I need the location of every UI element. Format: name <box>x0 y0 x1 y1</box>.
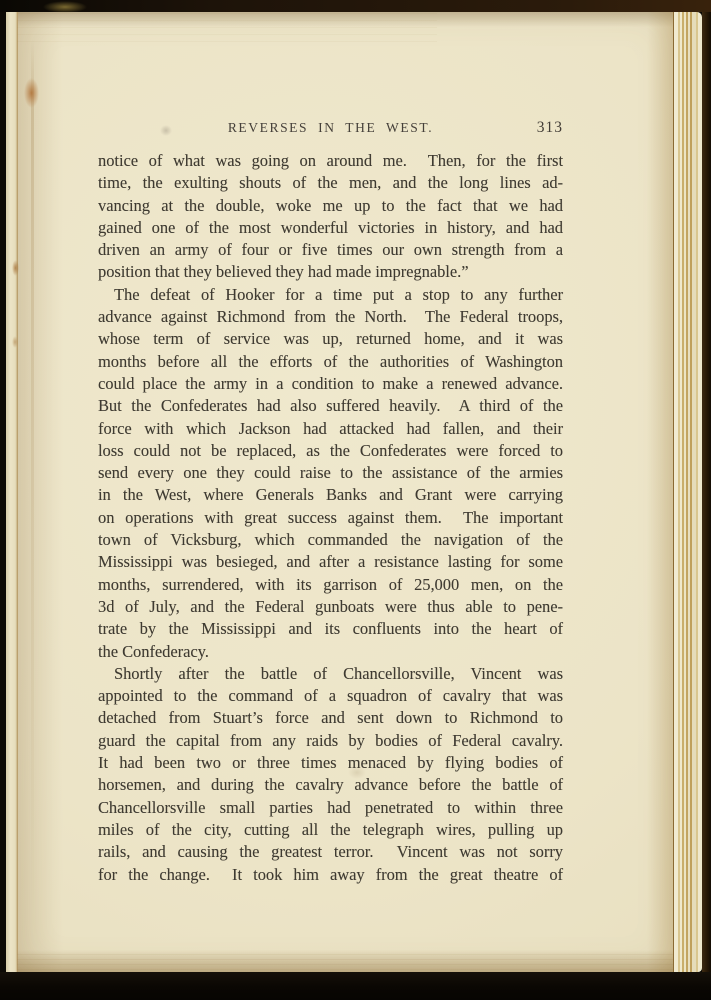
paragraph: notice of what was going on around me. T… <box>98 150 563 284</box>
text-line: horsemen, and during the cavalry advance… <box>98 774 563 796</box>
text-line: advance against Richmond from the North.… <box>98 306 563 328</box>
text-block: REVERSES IN THE WEST. 313 notice of what… <box>98 11 563 972</box>
book-cover-top-edge <box>0 0 711 12</box>
text-line: town of Vicksburg, which commanded the n… <box>98 529 563 551</box>
text-line: The defeat of Hooker for a time put a st… <box>98 284 563 306</box>
text-line: in the West, where Generals Banks and Gr… <box>98 484 563 506</box>
gutter-crease <box>31 40 34 920</box>
text-line: for the change. It took him away from th… <box>98 864 563 886</box>
text-line: the Confederacy. <box>98 641 563 663</box>
book-scan: REVERSES IN THE WEST. 313 notice of what… <box>0 0 711 1000</box>
text-line: It had been two or three times menaced b… <box>98 752 563 774</box>
text-line: Mississippi was besieged, and after a re… <box>98 551 563 573</box>
paragraph: Shortly after the battle of Chancellorsv… <box>98 663 563 886</box>
smudge-mid-page <box>348 766 366 779</box>
text-line: months, surrendered, with its garrison o… <box>98 574 563 596</box>
text-line: on operations with great success against… <box>98 507 563 529</box>
stain-gutter-dot-faint <box>12 336 18 348</box>
text-line: force with which Jackson had attacked ha… <box>98 418 563 440</box>
text-line: But the Confederates had also suffered h… <box>98 395 563 417</box>
text-line: rails, and causing the greatest terror. … <box>98 841 563 863</box>
text-line: position that they believed they had mad… <box>98 261 563 283</box>
gutter-page-edge <box>6 11 18 973</box>
book-page: REVERSES IN THE WEST. 313 notice of what… <box>17 11 673 972</box>
text-line: detached from Stuart’s force and sent do… <box>98 707 563 729</box>
text-line: time, the exulting shouts of the men, an… <box>98 172 563 194</box>
smudge-near-header <box>160 125 172 136</box>
book-cover-right-edge <box>702 0 711 1000</box>
stain-gutter-dot <box>12 260 19 276</box>
text-line: could place the army in a condition to m… <box>98 373 563 395</box>
text-line: loss could not be replaced, as the Confe… <box>98 440 563 462</box>
text-line: trate by the Mississippi and its conflue… <box>98 618 563 640</box>
top-page-edge-lines <box>17 13 437 47</box>
text-line: driven an army of four or five times our… <box>98 239 563 261</box>
text-line: 3d of July, and the Federal gunboats wer… <box>98 596 563 618</box>
text-line: vancing at the double, woke me up to the… <box>98 195 563 217</box>
paragraph: The defeat of Hooker for a time put a st… <box>98 284 563 663</box>
text-line: Shortly after the battle of Chancellorsv… <box>98 663 563 685</box>
text-line: notice of what was going on around me. T… <box>98 150 563 172</box>
book-cover-bottom-edge <box>0 972 711 1000</box>
page-number: 313 <box>537 119 563 137</box>
stain-top-edge <box>43 1 87 13</box>
text-line: send every one they could raise to the a… <box>98 462 563 484</box>
text-line: gained one of the most wonderful victori… <box>98 217 563 239</box>
stain-gutter-large <box>24 78 39 108</box>
text-line: whose term of service was up, returned h… <box>98 328 563 350</box>
text-line: appointed to the command of a squadron o… <box>98 685 563 707</box>
bottom-page-edge-lines <box>17 950 673 972</box>
body-text: notice of what was going on around me. T… <box>98 150 563 886</box>
text-line: Chancellorsville small parties had penet… <box>98 797 563 819</box>
text-line: miles of the city, cutting all the teleg… <box>98 819 563 841</box>
text-line: guard the capital from any raids by bodi… <box>98 730 563 752</box>
text-line: months before all the efforts of the aut… <box>98 351 563 373</box>
fore-edge-page-stack <box>673 12 702 972</box>
